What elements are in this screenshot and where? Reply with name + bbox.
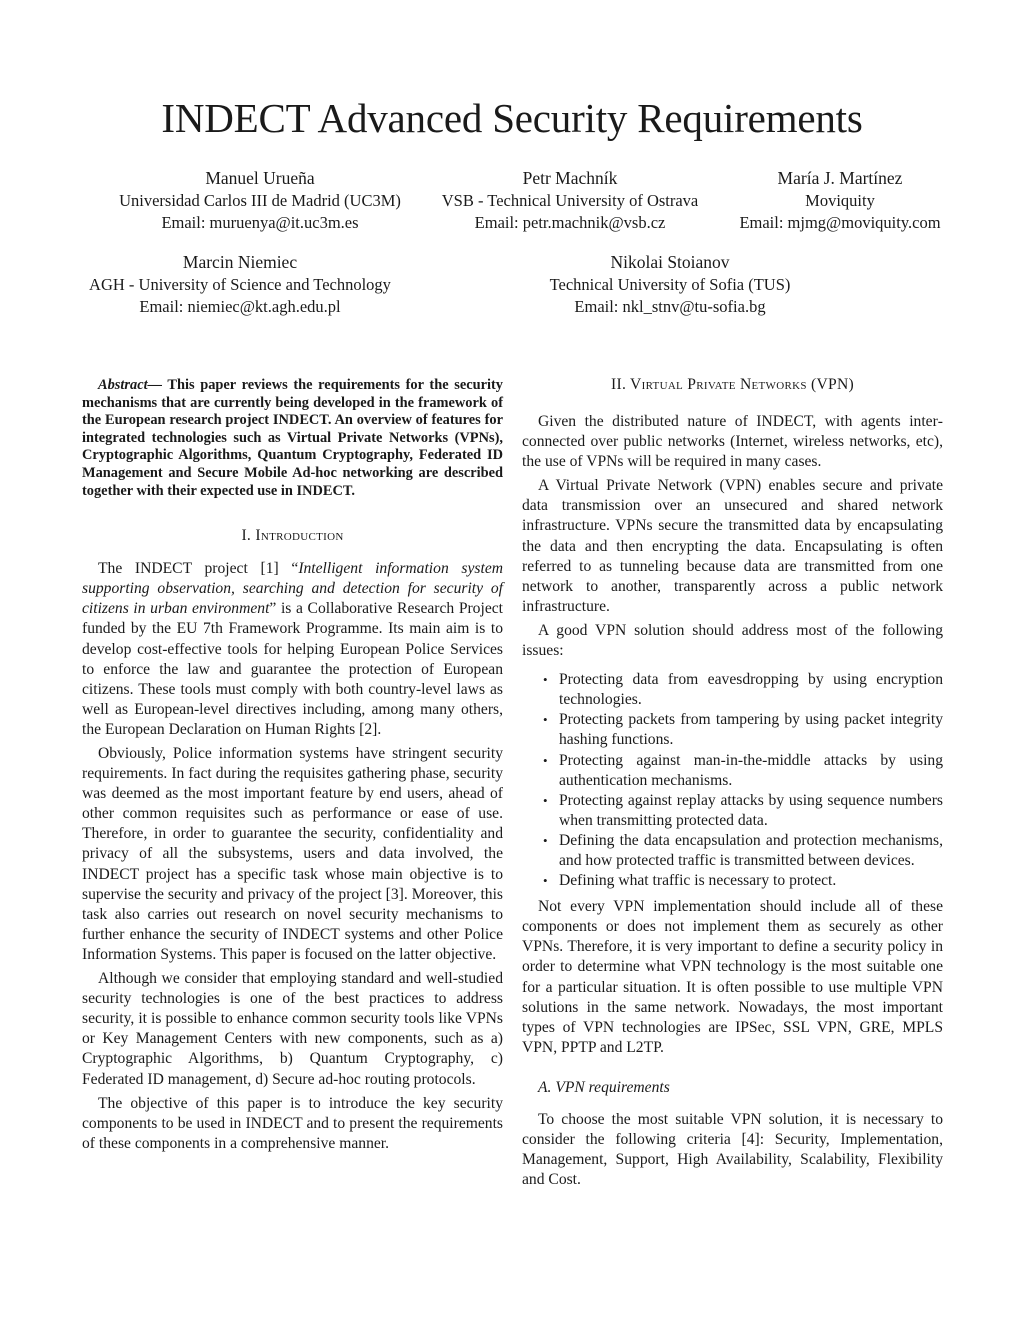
vpn-paragraph-2: A Virtual Private Network (VPN) enables …	[522, 476, 943, 617]
author-email: Email: niemiec@kt.agh.edu.pl	[60, 296, 420, 318]
author-email: Email: petr.machnik@vsb.cz	[420, 212, 720, 234]
section-heading-introduction: I. Introduction	[82, 526, 503, 546]
author-email: Email: muruenya@it.uc3m.es	[100, 212, 420, 234]
list-item: Protecting data from eavesdropping by us…	[522, 670, 943, 710]
author-affiliation: Universidad Carlos III de Madrid (UC3M)	[100, 190, 420, 212]
vpn-paragraph-3: A good VPN solution should address most …	[522, 621, 943, 661]
author-email: Email: mjmg@moviquity.com	[725, 212, 955, 234]
abstract-text: This paper reviews the requirements for …	[82, 377, 503, 499]
right-column: II. Virtual Private Networks (VPN) Given…	[522, 375, 943, 1190]
subsection-heading-vpn-requirements: A. VPN requirements	[522, 1078, 943, 1098]
author-affiliation: AGH - University of Science and Technolo…	[60, 274, 420, 296]
author-block-1: Manuel Urueña Universidad Carlos III de …	[100, 166, 420, 233]
author-name: Nikolai Stoianov	[520, 250, 820, 274]
paper-title: INDECT Advanced Security Requirements	[0, 93, 1024, 143]
vpn-requirements-paragraph: To choose the most suitable VPN solution…	[522, 1110, 943, 1190]
intro-paragraph-4: The objective of this paper is to introd…	[82, 1094, 503, 1154]
author-block-4: Marcin Niemiec AGH - University of Scien…	[60, 250, 420, 317]
intro-p1-text: The INDECT project [1] “	[98, 560, 298, 577]
list-item: Protecting against man-in-the-middle att…	[522, 751, 943, 791]
author-block-5: Nikolai Stoianov Technical University of…	[520, 250, 820, 317]
vpn-issues-list: Protecting data from eavesdropping by us…	[522, 670, 943, 891]
abstract-label: Abstract—	[98, 377, 162, 393]
intro-p1-text-cont: ” is a Collaborative Research Project fu…	[82, 600, 503, 738]
vpn-paragraph-4: Not every VPN implementation should incl…	[522, 897, 943, 1058]
list-item: Protecting packets from tampering by usi…	[522, 710, 943, 750]
vpn-paragraph-1: Given the distributed nature of INDECT, …	[522, 412, 943, 472]
intro-paragraph-1: The INDECT project [1] “Intelligent info…	[82, 559, 503, 740]
author-affiliation: Technical University of Sofia (TUS)	[520, 274, 820, 296]
author-email: Email: nkl_stnv@tu-sofia.bg	[520, 296, 820, 318]
list-item: Protecting against replay attacks by usi…	[522, 791, 943, 831]
author-affiliation: Moviquity	[725, 190, 955, 212]
author-name: María J. Martínez	[725, 166, 955, 190]
author-name: Manuel Urueña	[100, 166, 420, 190]
abstract: Abstract— This paper reviews the require…	[82, 377, 503, 500]
author-block-2: Petr Machník VSB - Technical University …	[420, 166, 720, 233]
author-affiliation: VSB - Technical University of Ostrava	[420, 190, 720, 212]
list-item: Defining what traffic is necessary to pr…	[522, 871, 943, 891]
author-name: Petr Machník	[420, 166, 720, 190]
author-block-3: María J. Martínez Moviquity Email: mjmg@…	[725, 166, 955, 233]
left-column: Abstract— This paper reviews the require…	[82, 377, 503, 1154]
list-item: Defining the data encapsulation and prot…	[522, 831, 943, 871]
intro-paragraph-2: Obviously, Police information systems ha…	[82, 744, 503, 965]
intro-paragraph-3: Although we consider that employing stan…	[82, 969, 503, 1090]
author-name: Marcin Niemiec	[60, 250, 420, 274]
section-heading-vpn: II. Virtual Private Networks (VPN)	[522, 375, 943, 395]
